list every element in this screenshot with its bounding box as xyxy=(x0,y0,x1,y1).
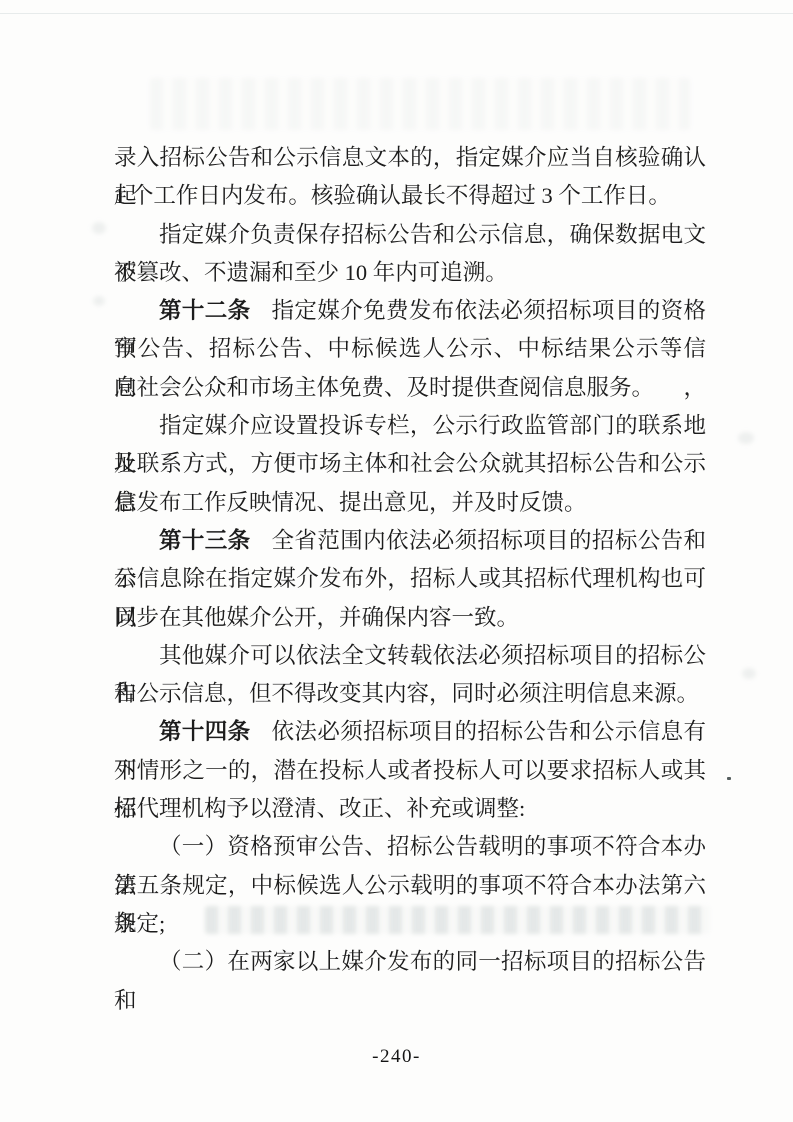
text-line: 录入招标公告和公示信息文本的，指定媒介应当自核验确认起 xyxy=(114,139,706,177)
text-line: 第五条规定，中标候选人公示载明的事项不符合本办法第六条 xyxy=(114,867,706,905)
text-line: 第十四条依法必须招标项目的招标公告和公示信息有下 xyxy=(114,713,706,751)
text-line: 审公告、招标公告、中标候选人公示、中标结果公示等信息， xyxy=(114,330,706,368)
text-line: 1 个工作日内发布。核验确认最长不得超过 3 个工作日。 xyxy=(114,177,706,215)
line-text: 规定; xyxy=(114,911,165,936)
text-line: 示信息除在指定媒介发布外，招标人或其招标代理机构也可以 xyxy=(114,560,706,598)
text-line: 列情形之一的，潜在投标人或者投标人可以要求招标人或其招 xyxy=(114,752,706,790)
page-number: -240- xyxy=(0,1044,793,1070)
scan-smudge xyxy=(93,296,105,306)
line-text: 1 个工作日内发布。核验确认最长不得超过 3 个工作日。 xyxy=(114,183,671,208)
text-line: 规定; xyxy=(114,905,706,943)
text-line: 同步在其他媒介公开，并确保内容一致。 xyxy=(114,599,706,637)
text-line: 息发布工作反映情况、提出意见，并及时反馈。 xyxy=(114,484,706,522)
scan-smudge xyxy=(738,432,754,444)
text-line: 第十三条全省范围内依法必须招标项目的招标公告和公 xyxy=(114,522,706,560)
text-line: 及联系方式，方便市场主体和社会公众就其招标公告和公示信 xyxy=(114,445,706,483)
document-lines: 录入招标公告和公示信息文本的，指定媒介应当自核验确认起1 个工作日内发布。核验确… xyxy=(114,139,706,982)
bleedthrough-ghost-band xyxy=(150,78,690,130)
line-text: 同步在其他媒介公开，并确保内容一致。 xyxy=(114,605,519,630)
text-line: 其他媒介可以依法全文转载依法必须招标项目的招标公告 xyxy=(114,637,706,675)
text-line: 向社会公众和市场主体免费、及时提供查阅信息服务。 xyxy=(114,369,706,407)
text-line: 指定媒介负责保存招标公告和公示信息，确保数据电文不 xyxy=(114,216,706,254)
text-line: 指定媒介应设置投诉专栏，公示行政监管部门的联系地址 xyxy=(114,407,706,445)
line-text: 息发布工作反映情况、提出意见，并及时反馈。 xyxy=(114,490,587,515)
line-text: 被篡改、不遗漏和至少 10 年内可追溯。 xyxy=(114,260,508,285)
text-line: 标代理机构予以澄清、改正、补充或调整: xyxy=(114,790,706,828)
text-line: 和公示信息，但不得改变其内容，同时必须注明信息来源。 xyxy=(114,675,706,713)
article-heading: 第十四条 xyxy=(159,719,251,744)
scan-smudge xyxy=(92,222,106,234)
scan-edge-line xyxy=(0,13,793,14)
line-text: 和公示信息，但不得改变其内容，同时必须注明信息来源。 xyxy=(114,681,699,706)
line-text: 标代理机构予以澄清、改正、补充或调整: xyxy=(114,796,525,821)
line-text: 向社会公众和市场主体免费、及时提供查阅信息服务。 xyxy=(114,375,654,400)
text-line: 第十二条指定媒介免费发布依法必须招标项目的资格预 xyxy=(114,292,706,330)
text-line: （二）在两家以上媒介发布的同一招标项目的招标公告和 xyxy=(114,943,706,981)
text-line: 被篡改、不遗漏和至少 10 年内可追溯。 xyxy=(114,254,706,292)
scan-speck xyxy=(727,777,731,780)
scanned-document-page: 录入招标公告和公示信息文本的，指定媒介应当自核验确认起1 个工作日内发布。核验确… xyxy=(0,0,793,1122)
line-text: （二）在两家以上媒介发布的同一招标项目的招标公告和 xyxy=(114,949,706,1012)
text-line: （一）资格预审公告、招标公告载明的事项不符合本办法 xyxy=(114,828,706,866)
scan-smudge xyxy=(742,668,756,679)
article-heading: 第十三条 xyxy=(159,528,251,553)
article-heading: 第十二条 xyxy=(159,298,251,323)
